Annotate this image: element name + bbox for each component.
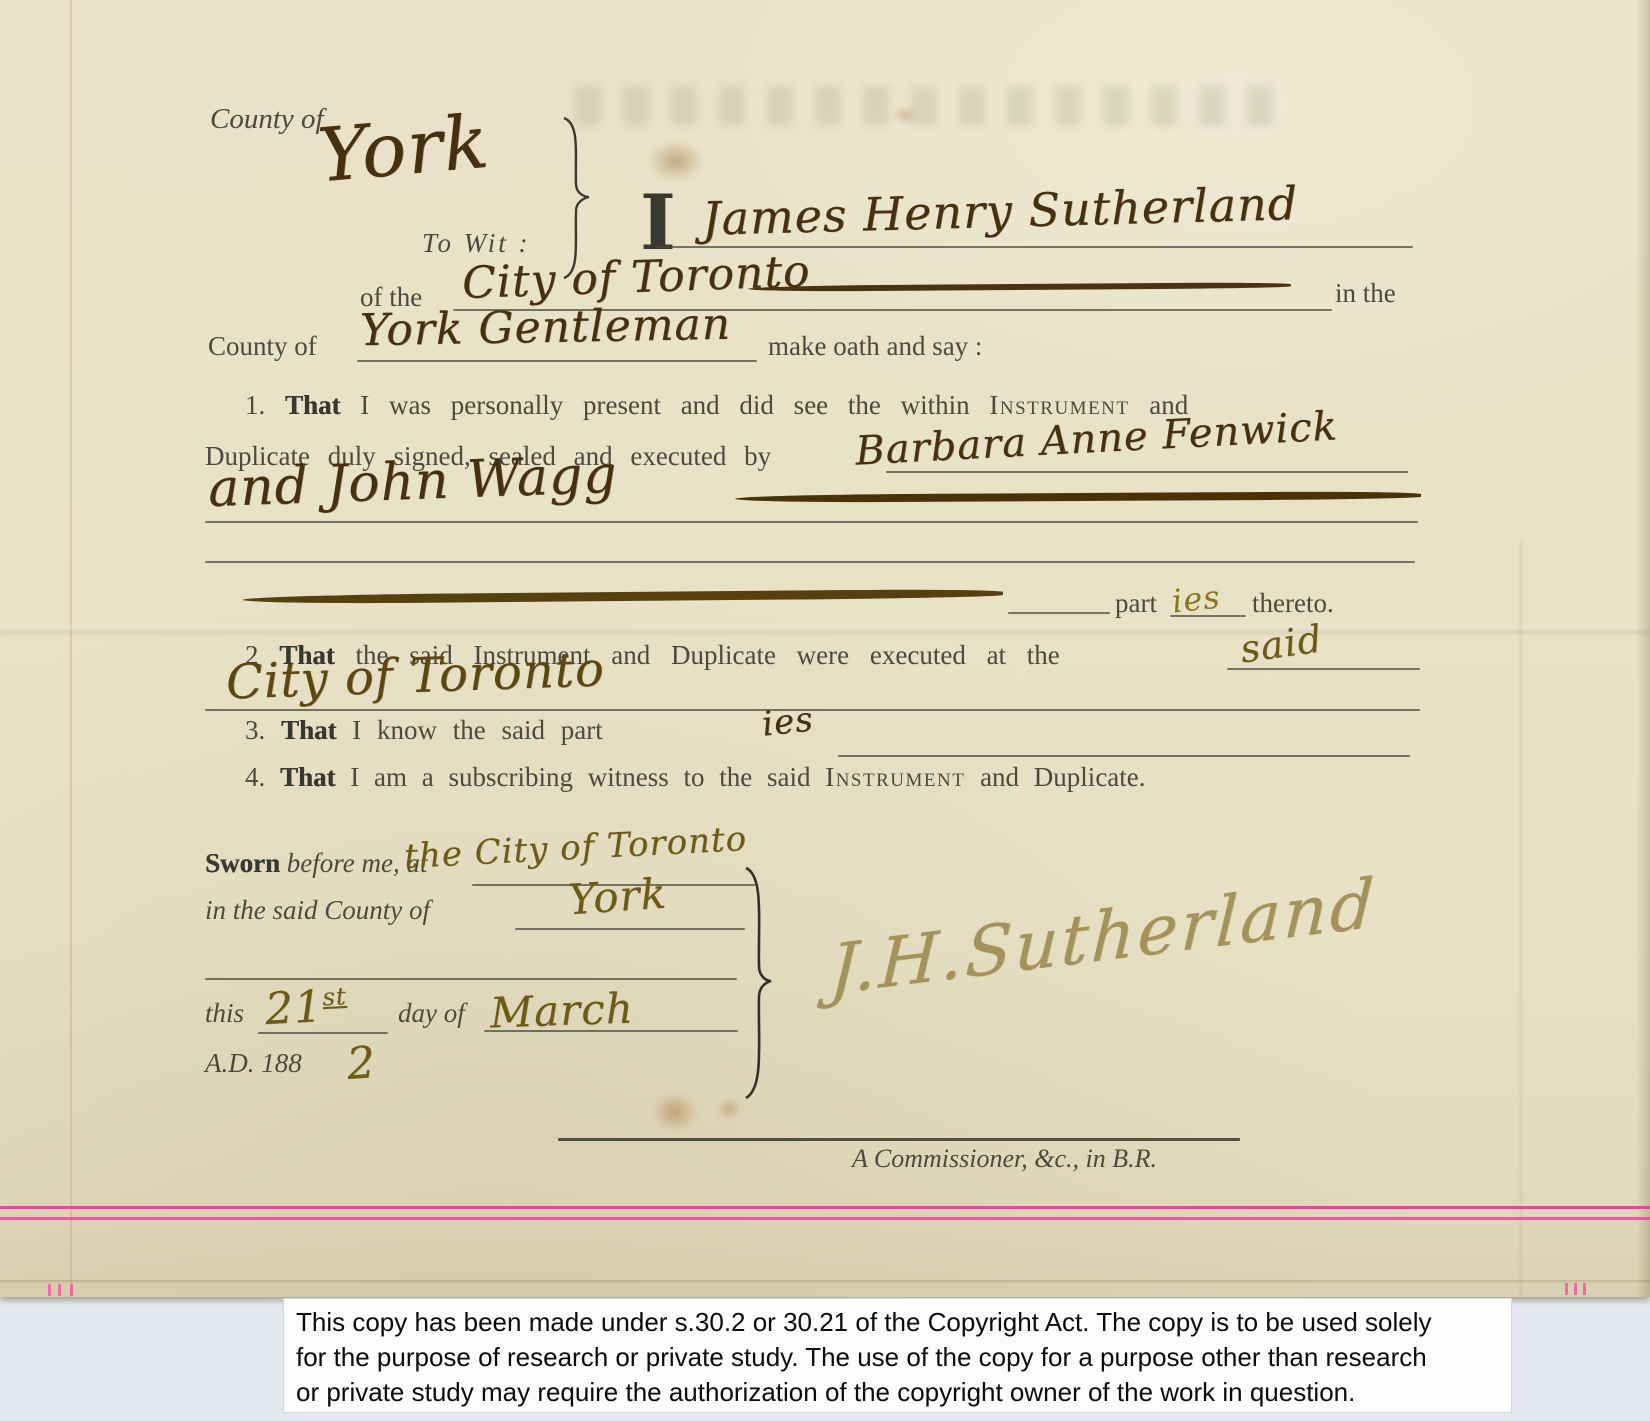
clause-3-number: 3. [245, 715, 265, 745]
clause-3-line: 3. That I know the said part [245, 715, 603, 746]
jurat-brace [740, 866, 774, 1100]
pink-tick [48, 1284, 51, 1296]
fill-in-rule [258, 1032, 388, 1034]
sworn-county-handwritten: York [566, 869, 668, 925]
clause-3-that: That [281, 715, 337, 745]
clause-4-line: 4. That I am a subscribing witness to th… [245, 762, 1146, 793]
fill-in-rule [515, 928, 745, 930]
pink-tick [70, 1284, 73, 1296]
pink-tick [1565, 1283, 1568, 1295]
sworn-line: Sworn before me, at [205, 848, 427, 879]
day-of-label: day of [398, 998, 465, 1029]
sworn-label: Sworn [205, 848, 280, 878]
ink-bleedthrough [575, 86, 1275, 126]
signature-rule [558, 1138, 1240, 1141]
to-wit-label: To Wit : [422, 228, 531, 259]
fold-crease [0, 626, 1650, 634]
county-of-label: County of [210, 103, 324, 136]
clause-4-text-b: and Duplicate. [980, 762, 1145, 792]
copyright-line-1: This copy has been made under s.30.2 or … [296, 1305, 1511, 1340]
fill-in-rule [838, 755, 1410, 757]
fill-in-rule [1008, 612, 1110, 614]
county-of-label-2: County of [208, 331, 317, 362]
fill-in-rule [357, 360, 757, 362]
blank-rule [205, 561, 1415, 563]
clause-1-that: That [285, 390, 341, 420]
ink-stain [716, 1098, 742, 1120]
clause-1-number: 1. [245, 390, 265, 420]
fill-in-rule [886, 471, 1408, 473]
day-suffix: st [322, 982, 348, 1011]
ad-label: A.D. 188 [205, 1048, 302, 1079]
commissioner-label: A Commissioner, &c., in B.R. [852, 1144, 1157, 1174]
margin-rule-line [70, 0, 72, 1297]
clause-4-number: 4. [245, 762, 265, 792]
fill-in-rule [484, 1030, 738, 1032]
clause-4-that: That [280, 762, 336, 792]
ink-stain [652, 1092, 698, 1132]
part-label: part [1115, 588, 1157, 619]
fill-in-rule [1170, 615, 1246, 617]
copyright-line-2: for the purpose of research or private s… [296, 1340, 1511, 1375]
pink-ledger-line [0, 1217, 1650, 1220]
sworn-county-label: in the said County of [205, 895, 430, 926]
part-handwritten-value: ies [1170, 578, 1222, 621]
clause-1-text-a: I was personally present and did see the… [360, 390, 969, 420]
pink-tick [58, 1284, 61, 1296]
paper-bottom-fold [0, 1280, 1650, 1284]
pink-tick [1583, 1283, 1586, 1295]
clause-1-line-1: 1. That I was personally present and did… [245, 390, 1188, 421]
county-handwritten-value: York [315, 99, 493, 200]
fill-in-rule [205, 521, 1418, 523]
blank-rule [205, 978, 737, 980]
paper-edge-shadow [1636, 0, 1650, 1297]
copyright-line-3: or private study may require the authori… [296, 1375, 1511, 1410]
year-handwritten: 2 [345, 1037, 377, 1090]
clause-4-text-a: I am a subscribing witness to the said [350, 762, 810, 792]
oath-label: make oath and say : [768, 331, 982, 362]
pink-ledger-line [0, 1206, 1650, 1209]
scanned-affidavit-document: County of York To Wit : I James Henry Su… [0, 0, 1650, 1421]
ink-stain [893, 106, 917, 124]
fold-crease-vertical [1520, 540, 1522, 1297]
clause-3-text: I know the said part [352, 715, 602, 745]
day-number: 21 [264, 981, 325, 1035]
copyright-notice-box: This copy has been made under s.30.2 or … [283, 1298, 1512, 1413]
this-label: this [205, 998, 244, 1029]
clause-4-instrument: Instrument [825, 762, 965, 792]
ink-stain [648, 140, 704, 182]
clause-3-fill-handwritten: ies [760, 699, 815, 744]
pink-tick [1574, 1283, 1577, 1295]
fill-in-rule [1227, 668, 1420, 670]
thereto-label: thereto. [1252, 588, 1334, 619]
county-occupation-handwritten: York Gentleman [360, 299, 732, 356]
day-handwritten: 21st [264, 980, 349, 1035]
in-the-label: in the [1335, 278, 1396, 309]
